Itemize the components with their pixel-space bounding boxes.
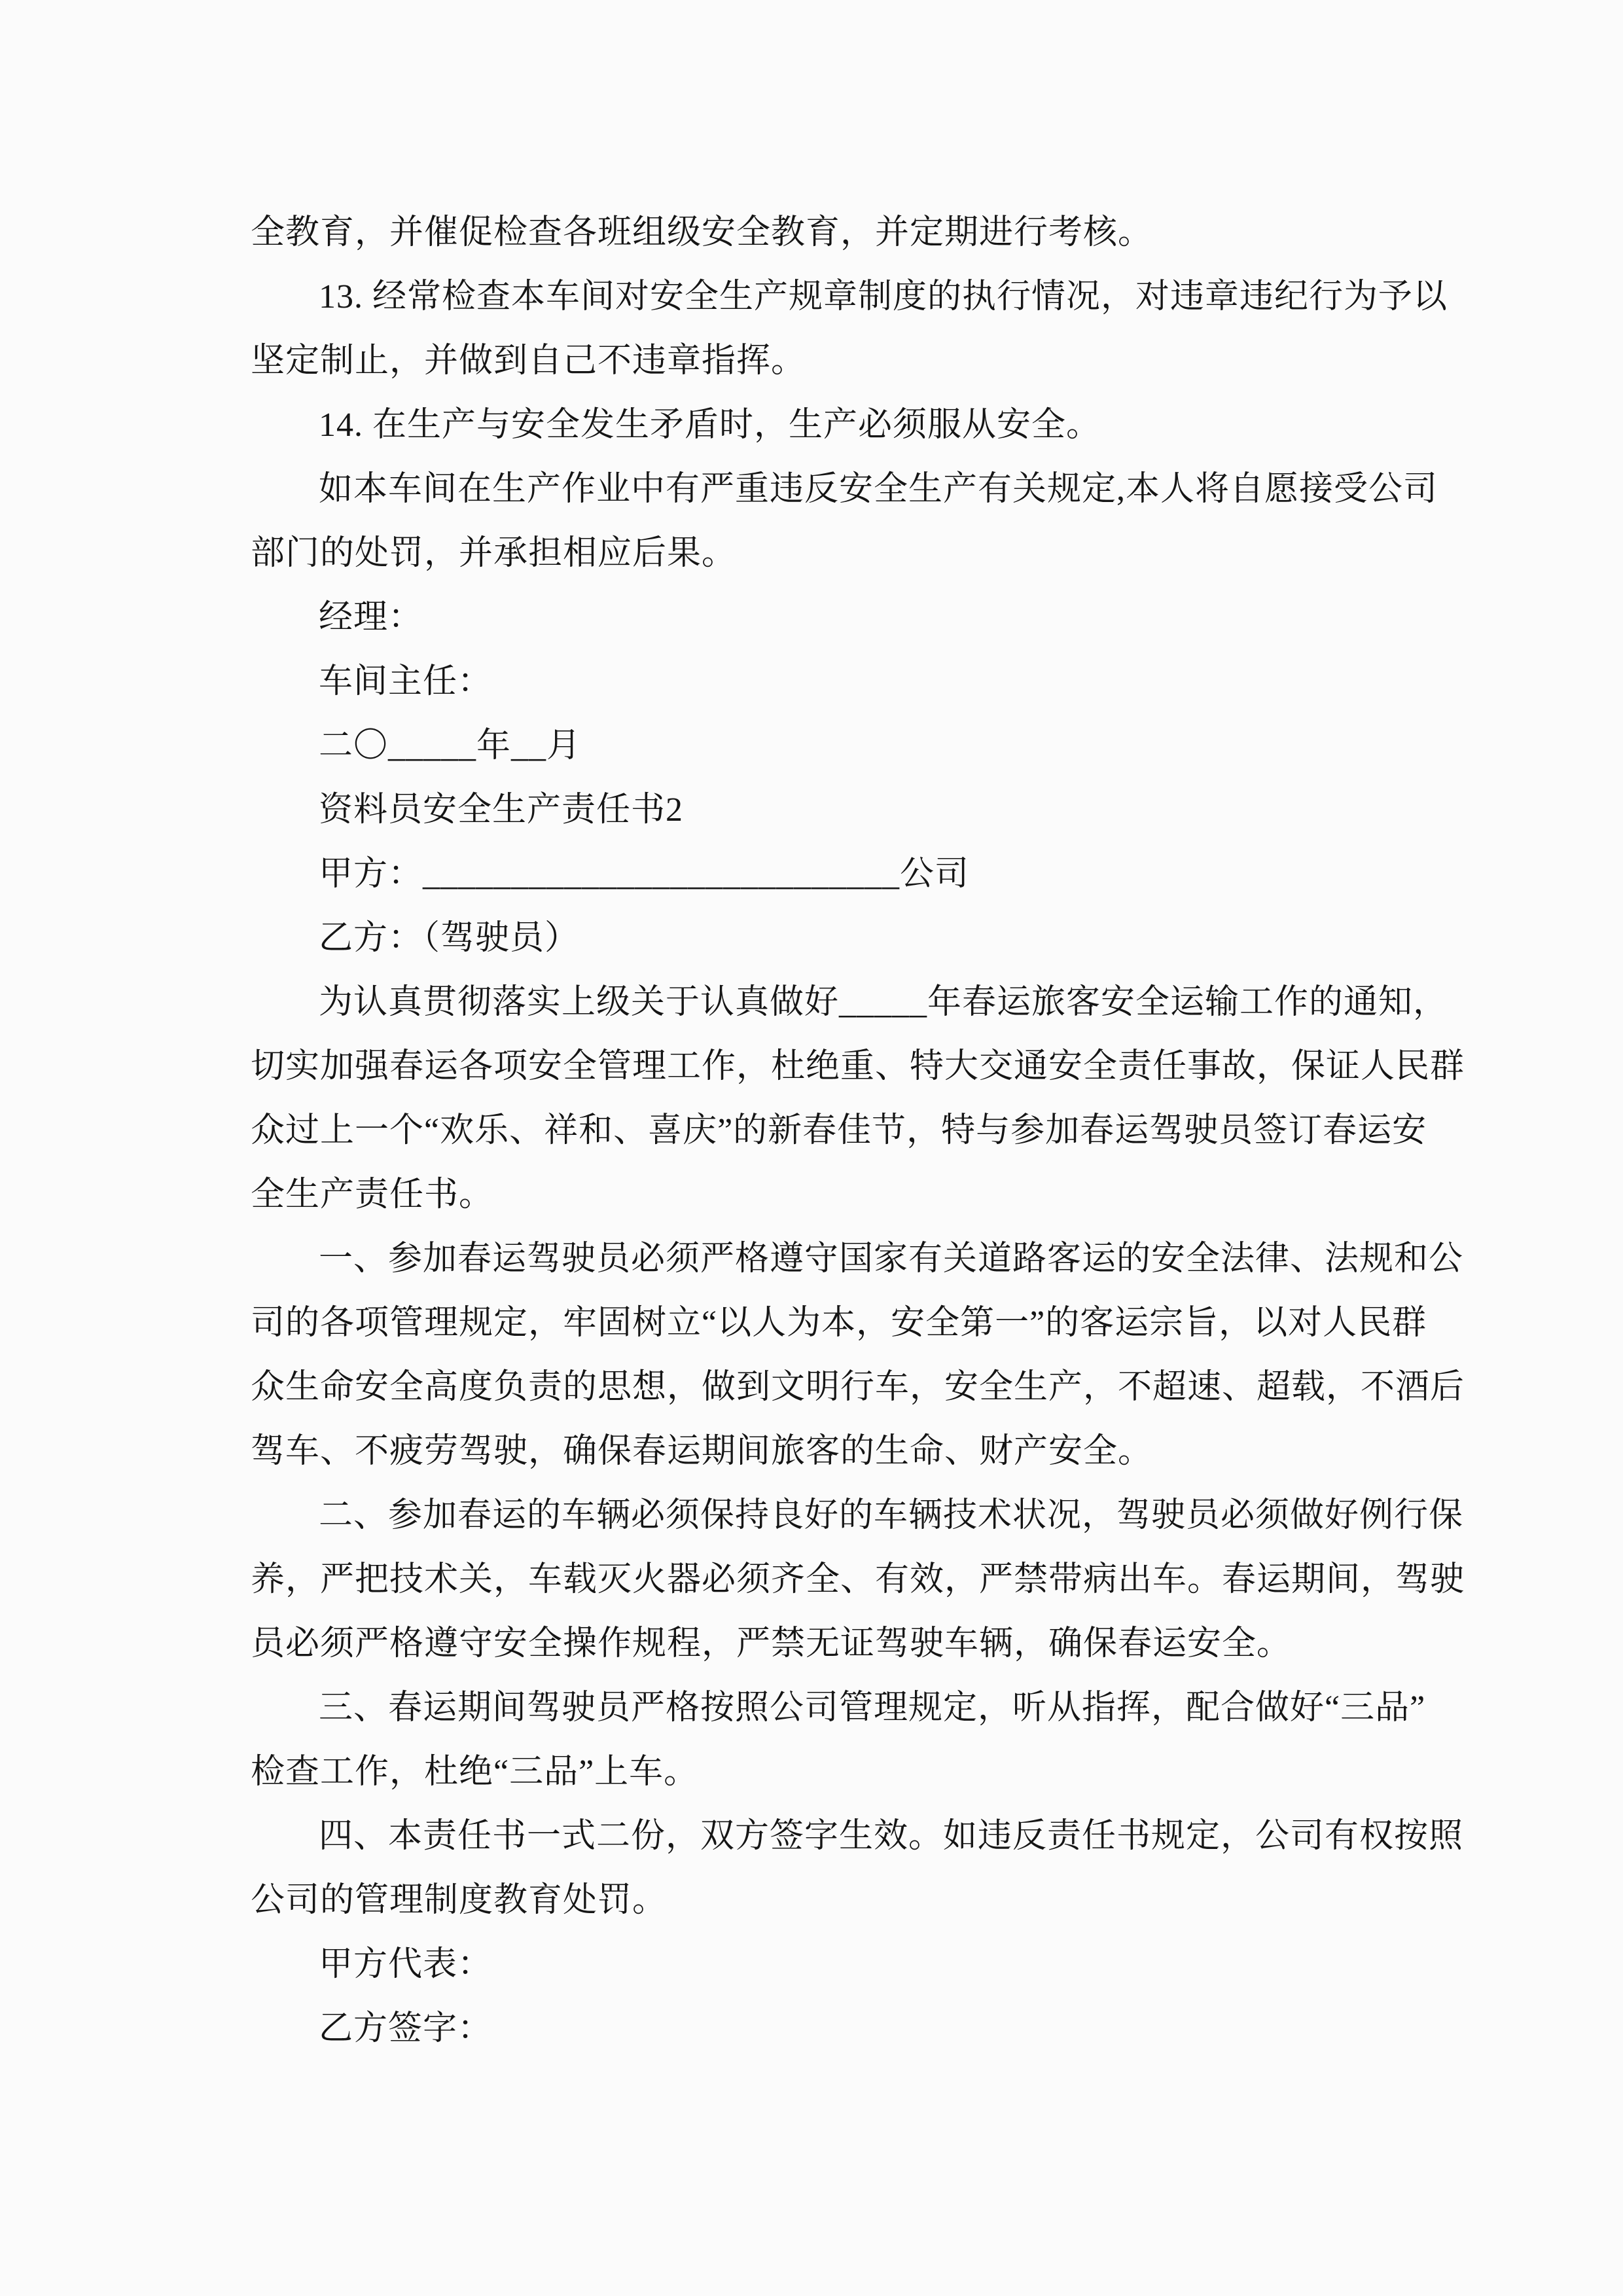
preamble-line-2: 切实加强春运各项安全管理工作，杜绝重、特大交通安全责任事故，保证人民群 — [251, 1035, 1412, 1099]
party-a-line: 甲方：___________________________公司 — [251, 842, 1412, 906]
party-a-representative-label: 甲方代表： — [251, 1933, 1412, 1997]
clause-3-line-1: 三、春运期间驾驶员严格按照公司管理规定，听从指挥，配合做好“三品” — [251, 1676, 1412, 1740]
clause-14-line: 14. 在生产与安全发生矛盾时，生产必须服从安全。 — [251, 393, 1412, 457]
clause-2-line-3: 员必须严格遵守安全操作规程，严禁无证驾驶车辆，确保春运安全。 — [251, 1612, 1412, 1676]
clause-13-line-2: 坚定制止，并做到自己不违章指挥。 — [251, 329, 1412, 393]
closing-statement-line-1: 如本车间在生产作业中有严重违反安全生产有关规定,本人将自愿接受公司 — [251, 457, 1412, 522]
clause-3-line-2: 检查工作，杜绝“三品”上车。 — [251, 1740, 1412, 1804]
workshop-director-label: 车间主任： — [251, 650, 1412, 714]
clause-2-line-1: 二、参加春运的车辆必须保持良好的车辆技术状况，驾驶员必须做好例行保 — [251, 1484, 1412, 1548]
document-text-block: 全教育，并催促检查各班组级安全教育，并定期进行考核。 13. 经常检查本车间对安… — [251, 201, 1412, 2061]
preamble-line-3: 众过上一个“欢乐、祥和、喜庆”的新春佳节，特与参加春运驾驶员签订春运安 — [251, 1099, 1412, 1163]
preamble-line-1: 为认真贯彻落实上级关于认真做好_____年春运旅客安全运输工作的通知， — [251, 971, 1412, 1035]
clause-4-line-2: 公司的管理制度教育处罚。 — [251, 1869, 1412, 1933]
clause-1-line-4: 驾车、不疲劳驾驶，确保春运期间旅客的生命、财产安全。 — [251, 1420, 1412, 1484]
clause-1-line-3: 众生命安全高度负责的思想，做到文明行车，安全生产，不超速、超载，不酒后 — [251, 1355, 1412, 1420]
clause-1-line-1: 一、参加春运驾驶员必须严格遵守国家有关道路客运的安全法律、法规和公 — [251, 1227, 1412, 1291]
document-page: 全教育，并催促检查各班组级安全教育，并定期进行考核。 13. 经常检查本车间对安… — [0, 0, 1623, 2296]
clause-13-line-1: 13. 经常检查本车间对安全生产规章制度的执行情况，对违章违纪行为予以 — [251, 265, 1412, 329]
continuation-line: 全教育，并催促检查各班组级安全教育，并定期进行考核。 — [251, 201, 1412, 265]
clause-2-line-2: 养，严把技术关，车载灭火器必须齐全、有效，严禁带病出车。春运期间，驾驶 — [251, 1548, 1412, 1612]
clause-4-line-1: 四、本责任书一式二份，双方签字生效。如违反责任书规定，公司有权按照 — [251, 1804, 1412, 1869]
section-title: 资料员安全生产责任书2 — [251, 778, 1412, 842]
clause-1-line-2: 司的各项管理规定，牢固树立“以人为本，安全第一”的客运宗旨，以对人民群 — [251, 1291, 1412, 1355]
party-b-signature-label: 乙方签字： — [251, 1997, 1412, 2061]
preamble-line-4: 全生产责任书。 — [251, 1163, 1412, 1227]
date-blank-line: 二〇_____年__月 — [251, 714, 1412, 778]
closing-statement-line-2: 部门的处罚，并承担相应后果。 — [251, 522, 1412, 586]
manager-signature-label: 经理： — [251, 586, 1412, 650]
party-b-line: 乙方：（驾驶员） — [251, 906, 1412, 971]
